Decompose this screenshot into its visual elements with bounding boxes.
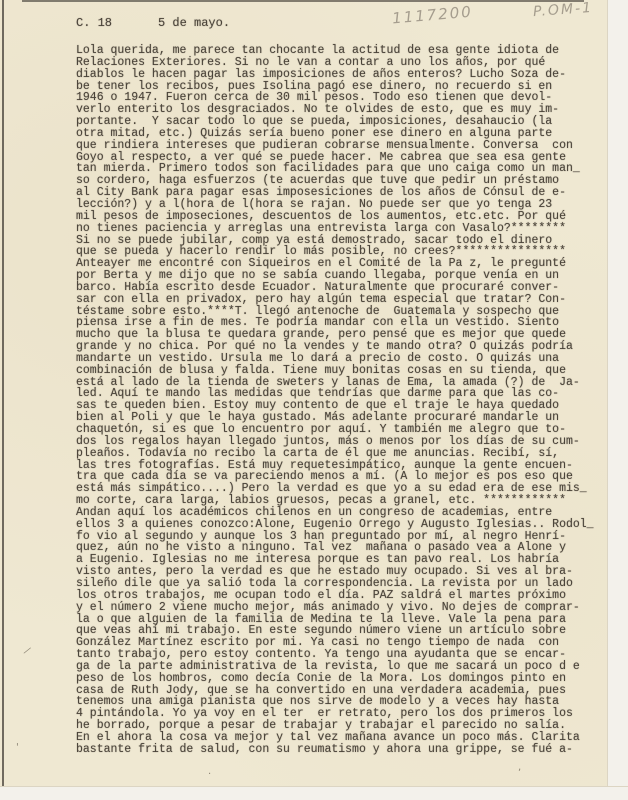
letter-line: dos los regalos hayan llegado juntos, má… [76,436,594,448]
letter-line: no tienes paciencia y arreglas una entre… [76,223,594,235]
handwritten-archive-code: P.OM-1 [533,0,594,20]
letter-line: sar con ella en privadox, pero hay algún… [76,294,594,306]
letter-line: ga de la parte administrativa de la revi… [76,661,594,673]
letter-line: los otros trabajos, me ocupan todo el dí… [76,590,594,602]
letter-line: diablos le hacen pagar las imposiciones … [76,69,594,81]
pencil-speck: , [518,762,521,773]
pencil-speck: ⁄ [24,646,29,657]
letter-line: mil pesos de imposeciones, descuentos de… [76,211,594,223]
letter-date: 5 de mayo. [158,16,230,30]
letter-line: y el número 2 viene mucho mejor, más ani… [76,602,594,614]
scan-edge-top [22,0,584,2]
letter-body: Lola querida, me parece tan chocante la … [76,45,594,756]
letter-line: peso de los hombros, como decía Conie de… [76,673,594,685]
file-reference: C. 18 [76,16,112,30]
letter-line: En el ahora la cosa va mejor y tal vez m… [76,732,594,744]
letter-line: otra mitad, etc.) Quizás sería bueno pon… [76,128,594,140]
scanned-letter-page: 1117200 P.OM-1 C. 185 de mayo. Lola quer… [0,0,628,800]
scan-background-bottom [0,786,628,800]
letter-line: ellos 3 a quienes conozco:Alone, Eugenio… [76,519,594,531]
letter-line: que rindiera intereses que pudieran cobr… [76,140,594,152]
letter-header: C. 185 de mayo. [76,16,230,30]
pencil-speck: ' [16,742,19,753]
scan-edge-left [2,0,4,800]
pencil-speck: . [208,766,211,777]
letter-line: Relaciones Exteriores. Si no le van a co… [76,57,594,69]
letter-line: combinación de blusa y falda. Tiene muy … [76,365,594,377]
letter-line: mandarte un vestido. Ursula me lo dará a… [76,353,594,365]
letter-line: Andan aquí los académicos chilenos en un… [76,507,594,519]
handwritten-archive-number: 1117200 [391,3,473,28]
scan-background-right [607,0,628,800]
letter-line: pleaños. Todavía no recibo la carta de é… [76,448,594,460]
letter-line: bastante frita de salud, con su reumatis… [76,744,594,756]
letter-line: barco. Había escrito desde Ecuador. Natu… [76,282,594,294]
